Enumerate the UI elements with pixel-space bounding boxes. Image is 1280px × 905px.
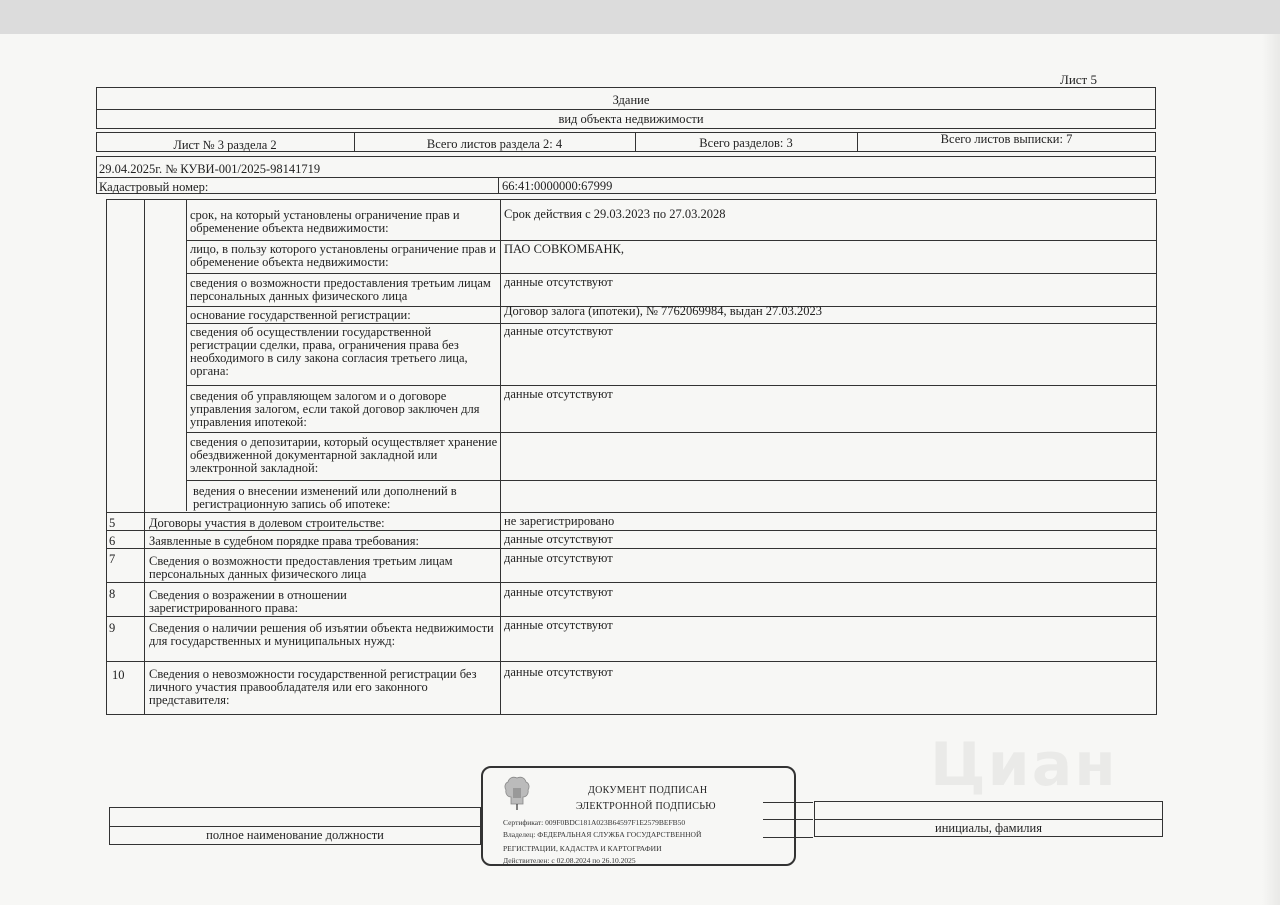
divider — [96, 177, 1156, 178]
row-value: данные отсутствуют — [504, 586, 613, 599]
object-type: Здание — [96, 94, 1166, 107]
divider — [186, 199, 187, 511]
row-number: 7 — [109, 553, 115, 566]
row-value: данные отсутствуют — [504, 552, 613, 565]
row-number: 5 — [109, 517, 115, 530]
extract-date-number: 29.04.2025г. № КУВИ-001/2025-98141719 — [99, 163, 320, 176]
subrow-label: лицо, в пользу которого установлены огра… — [190, 243, 500, 269]
divider — [763, 802, 813, 803]
subrow-value: ПАО СОВКОМБАНК, — [504, 243, 624, 256]
divider — [763, 837, 813, 838]
row-label: Сведения о возражении в отношении зареги… — [149, 589, 449, 615]
divider — [106, 512, 1157, 513]
subrow-label: ведения о внесении изменений или дополне… — [193, 485, 503, 511]
subrow-value: данные отсутствуют — [504, 325, 613, 338]
divider — [106, 530, 1157, 531]
total-sections: Всего разделов: 3 — [635, 137, 857, 150]
row-label: Договоры участия в долевом строительстве… — [149, 517, 499, 530]
subrow-label: основание государственной регистрации: — [190, 309, 500, 322]
stamp-certificate: Сертификат: 009F0BDC181A023B64597F1E2579… — [503, 818, 685, 827]
subrow-value: данные отсутствуют — [504, 388, 613, 401]
divider — [106, 616, 1157, 617]
total-sheets-extract: Всего листов выписки: 7 — [857, 133, 1156, 146]
divider — [498, 177, 499, 194]
row-label: Сведения о невозможности государственной… — [149, 668, 504, 707]
subrow-label: сведения о возможности предоставления тр… — [190, 277, 500, 303]
stamp-title-line2: ЭЛЕКТРОННОЙ ПОДПИСЬЮ — [576, 801, 716, 812]
sheet-label: Лист 5 — [1060, 72, 1097, 88]
divider — [186, 385, 1157, 386]
total-sheets-section: Всего листов раздела 2: 4 — [354, 138, 635, 151]
subrow-label: срок, на который установлены ограничение… — [190, 209, 500, 235]
subrow-value: данные отсутствуют — [504, 276, 613, 289]
subrow-value: Срок действия с 29.03.2023 по 27.03.2028 — [504, 208, 725, 221]
divider — [106, 548, 1157, 549]
row-number: 10 — [112, 669, 125, 682]
divider — [763, 819, 813, 820]
row-value: не зарегистрировано — [504, 515, 614, 528]
stamp-title-line1: ДОКУМЕНТ ПОДПИСАН — [588, 785, 707, 796]
subrow-value: Договор залога (ипотеки), № 7762069984, … — [504, 305, 822, 318]
cadastral-label: Кадастровый номер: — [99, 181, 208, 194]
divider — [106, 582, 1157, 583]
name-caption: инициалы, фамилия — [814, 822, 1163, 835]
divider — [144, 199, 145, 715]
divider — [96, 109, 1156, 110]
subrow-label: сведения об осуществлении государственно… — [190, 326, 500, 378]
coat-of-arms-icon — [501, 774, 533, 810]
row-value: данные отсутствуют — [504, 619, 613, 632]
divider — [186, 432, 1157, 433]
divider — [109, 826, 481, 827]
subrow-label: сведения об управляющем залогом и о дого… — [190, 390, 500, 429]
watermark-text: Циан — [930, 730, 1118, 800]
e-signature-stamp: ДОКУМЕНТ ПОДПИСАН ЭЛЕКТРОННОЙ ПОДПИСЬЮ С… — [481, 766, 796, 866]
row-number: 8 — [109, 588, 115, 601]
sheet-of-section: Лист № 3 раздела 2 — [96, 139, 354, 152]
page-edge-shadow — [1262, 34, 1280, 905]
divider — [814, 819, 1163, 820]
scan-background-top — [0, 0, 1280, 34]
divider — [186, 480, 1157, 481]
divider — [500, 199, 501, 715]
subrow-label: сведения о депозитарии, который осуществ… — [190, 436, 500, 475]
divider — [186, 323, 1157, 324]
row-label: Сведения о возможности предоставления тр… — [149, 555, 499, 581]
stamp-validity: Действителен: с 02.08.2024 по 26.10.2025 — [503, 856, 636, 865]
cadastral-number: 66:41:0000000:67999 — [502, 180, 612, 193]
divider — [186, 240, 1157, 241]
row-number: 9 — [109, 622, 115, 635]
row-label: Заявленные в судебном порядке права треб… — [149, 535, 499, 548]
stamp-owner-line2: РЕГИСТРАЦИИ, КАДАСТРА И КАРТОГРАФИИ — [503, 844, 662, 853]
position-caption: полное наименование должности — [109, 829, 481, 842]
stamp-owner-line1: Владелец: ФЕДЕРАЛЬНАЯ СЛУЖБА ГОСУДАРСТВЕ… — [503, 830, 701, 839]
object-type-caption: вид объекта недвижимости — [96, 113, 1166, 126]
divider — [186, 273, 1157, 274]
divider — [106, 661, 1157, 662]
row-label: Сведения о наличии решения об изъятии об… — [149, 622, 499, 648]
row-value: данные отсутствуют — [504, 533, 613, 546]
row-number: 6 — [109, 535, 115, 548]
row-value: данные отсутствуют — [504, 666, 613, 679]
